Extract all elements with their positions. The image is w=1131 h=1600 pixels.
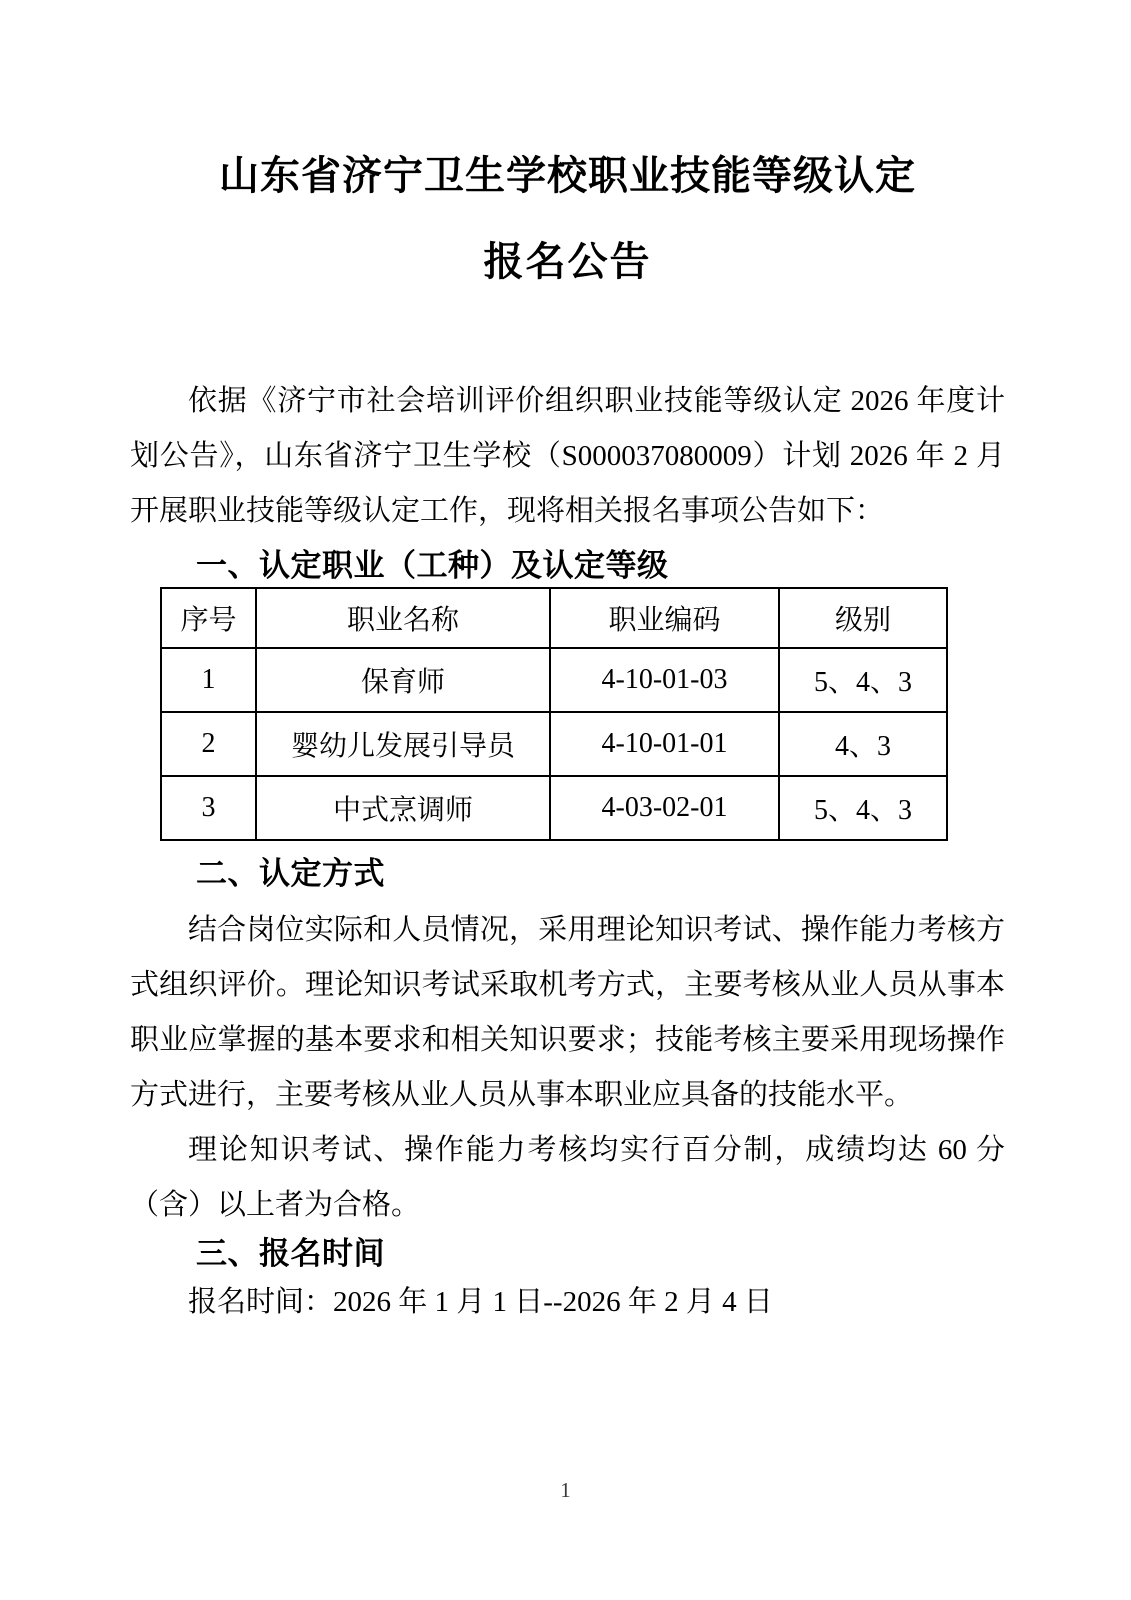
table-row: 3 中式烹调师 4-03-02-01 5、4、3 xyxy=(161,776,947,840)
section1-heading: 一、认定职业（工种）及认定等级 xyxy=(130,545,1005,587)
cell-level: 5、4、3 xyxy=(779,648,947,712)
document-title-line2: 报名公告 xyxy=(130,236,1005,288)
table-row: 2 婴幼儿发展引导员 4-10-01-01 4、3 xyxy=(161,712,947,776)
document-title-line1: 山东省济宁卫生学校职业技能等级认定 xyxy=(130,0,1005,202)
table-row: 1 保育师 4-10-01-03 5、4、3 xyxy=(161,648,947,712)
cell-index: 1 xyxy=(161,648,256,712)
section3-heading: 三、报名时间 xyxy=(130,1233,1005,1275)
header-cell-occupation-name: 职业名称 xyxy=(256,588,550,648)
cell-level: 4、3 xyxy=(779,712,947,776)
section2-paragraph-2: 理论知识考试、操作能力考核均实行百分制，成绩均达 60 分（含）以上者为合格。 xyxy=(130,1123,1005,1233)
cell-index: 2 xyxy=(161,712,256,776)
cell-occupation-code: 4-03-02-01 xyxy=(550,776,779,840)
occupations-table: 序号 职业名称 职业编码 级别 1 保育师 4-10-01-03 5、4、3 2… xyxy=(160,587,948,841)
document-page: 山东省济宁卫生学校职业技能等级认定 报名公告 依据《济宁市社会培训评价组织职业技… xyxy=(0,0,1131,1600)
cell-occupation-name: 中式烹调师 xyxy=(256,776,550,840)
section3-paragraph-1: 报名时间：2026 年 1 月 1 日--2026 年 2 月 4 日 xyxy=(130,1275,1005,1330)
header-cell-level: 级别 xyxy=(779,588,947,648)
header-cell-index: 序号 xyxy=(161,588,256,648)
section2-paragraph-1: 结合岗位实际和人员情况，采用理论知识考试、操作能力考核方式组织评价。理论知识考试… xyxy=(130,903,1005,1123)
page-number: 1 xyxy=(0,1478,1131,1503)
cell-index: 3 xyxy=(161,776,256,840)
header-cell-occupation-code: 职业编码 xyxy=(550,588,779,648)
document-content: 山东省济宁卫生学校职业技能等级认定 报名公告 依据《济宁市社会培训评价组织职业技… xyxy=(0,0,1131,1330)
section2-heading: 二、认定方式 xyxy=(130,853,1005,895)
cell-level: 5、4、3 xyxy=(779,776,947,840)
intro-paragraph: 依据《济宁市社会培训评价组织职业技能等级认定 2026 年度计划公告》，山东省济… xyxy=(130,374,1005,539)
cell-occupation-code: 4-10-01-03 xyxy=(550,648,779,712)
cell-occupation-name: 保育师 xyxy=(256,648,550,712)
table-header-row: 序号 职业名称 职业编码 级别 xyxy=(161,588,947,648)
cell-occupation-code: 4-10-01-01 xyxy=(550,712,779,776)
cell-occupation-name: 婴幼儿发展引导员 xyxy=(256,712,550,776)
